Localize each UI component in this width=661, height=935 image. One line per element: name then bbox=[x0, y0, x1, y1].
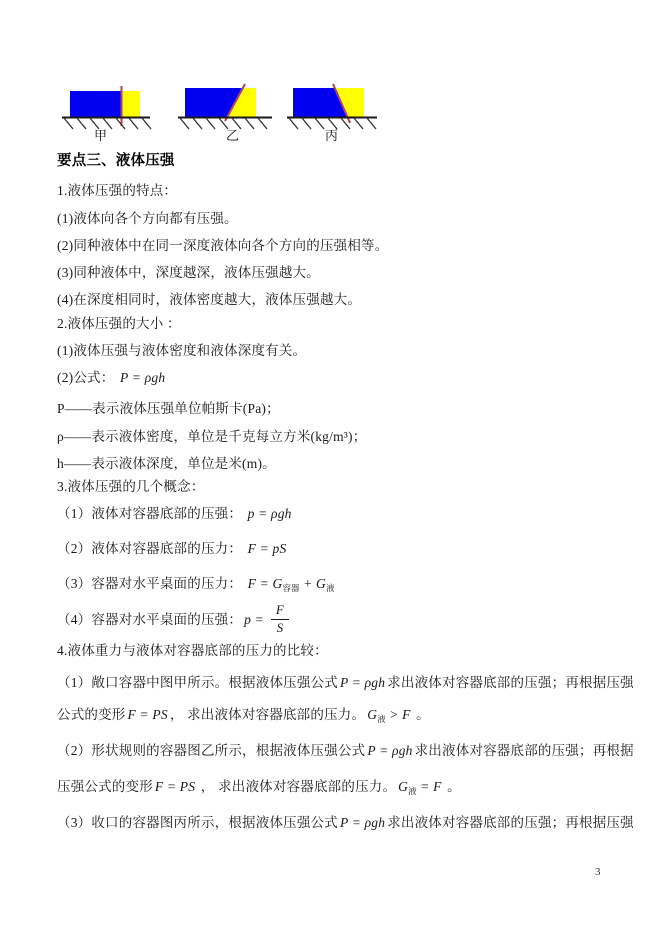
s1-item-4: (4)在深度相同时，液体密度越大，液体压强越大。 bbox=[57, 290, 361, 309]
s4-para-1-line-1: （1）敞口容器中图甲所示。根据液体压强公式P = ρgh求出液体对容器底部的压强… bbox=[57, 673, 634, 692]
s1-item-3: (3)同种液体中，深度越深，液体压强越大。 bbox=[57, 263, 320, 282]
jia-label: 甲 bbox=[94, 128, 107, 143]
s2-item-2-label: (2)公式： bbox=[57, 370, 114, 385]
yi-label: 乙 bbox=[226, 128, 239, 143]
formula-G-liquid-eq-F: G液 = F bbox=[396, 779, 443, 794]
s2-title: 2.液体压强的大小 ： bbox=[57, 314, 181, 333]
subscript-liquid: 液 bbox=[408, 786, 417, 796]
subscript-liquid: 液 bbox=[377, 714, 386, 724]
subscript-liquid: 液 bbox=[326, 583, 335, 593]
s3-item-1-label: （1）液体对容器底部的压强： bbox=[57, 506, 242, 521]
s4-para-3-line-1: （3）收口的容器图丙所示，根据液体压强公式P = ρgh求出液体对容器底部的压强… bbox=[57, 813, 634, 832]
s4-para-2-line-1: （2）形状规则的容器图乙所示，根据液体压强公式P = ρgh求出液体对容器底部的… bbox=[57, 741, 634, 760]
fraction-denominator: S bbox=[271, 620, 289, 636]
s2-item-1: (1)液体压强与液体密度和液体深度有关。 bbox=[57, 341, 306, 360]
s2-note-rho: ρ——表示液体密度，单位是千克每立方米(kg/m³)； bbox=[57, 427, 366, 446]
s3-item-2-label: （2）液体对容器底部的压力： bbox=[57, 541, 242, 556]
s4-title: 4.液体重力与液体对容器底部的压力的比较： bbox=[57, 641, 328, 660]
figure-jia: 甲 bbox=[62, 86, 151, 143]
bing-label: 丙 bbox=[325, 128, 338, 143]
s1-item-2: (2)同种液体中在同一深度液体向各个方向的压强相等。 bbox=[57, 236, 388, 255]
formula-F-PS: F = PS bbox=[153, 779, 197, 794]
fraction-F-over-S: F S bbox=[271, 603, 289, 636]
document-page: 甲 乙 bbox=[0, 0, 661, 935]
s1-item-1: (1)液体向各个方向都有压强。 bbox=[57, 209, 238, 228]
section-heading: 要点三、液体压强 bbox=[57, 152, 175, 171]
formula-F-PS: F = PS bbox=[126, 707, 170, 722]
s2-note-h: h——表示液体深度，单位是米(m)。 bbox=[57, 454, 276, 473]
s3-item-3: （3）容器对水平桌面的压力： F = G容器 + G液 bbox=[57, 574, 336, 598]
formula-F-pS: F = pS bbox=[246, 541, 289, 556]
jia-yellow-region bbox=[122, 91, 141, 117]
formula-p-equals: p = bbox=[242, 610, 266, 629]
jia-ground-hatching bbox=[64, 118, 151, 129]
s4-para-2-line-2: 压强公式的变形F = PS ， 求出液体对容器底部的压力。G液 = F 。 bbox=[57, 777, 461, 801]
subscript-container: 容器 bbox=[283, 583, 300, 593]
s2-item-2: (2)公式： P = ρgh bbox=[57, 368, 167, 387]
fraction-numerator: F bbox=[271, 603, 289, 620]
s3-item-3-label: （3）容器对水平桌面的压力： bbox=[57, 576, 242, 591]
s3-title: 3.液体压强的几个概念： bbox=[57, 477, 205, 496]
pressure-figures: 甲 乙 bbox=[0, 0, 661, 150]
formula-P-rho-gh: P = ρgh bbox=[118, 370, 167, 385]
s3-item-4: （4）容器对水平桌面的压强： p = F S bbox=[57, 600, 289, 638]
figure-bing: 丙 bbox=[287, 84, 377, 143]
jia-blue-region bbox=[70, 91, 122, 117]
formula-P-rho-gh: P = ρgh bbox=[338, 675, 387, 690]
page-number: 3 bbox=[595, 866, 601, 878]
figure-yi: 乙 bbox=[178, 84, 272, 143]
formula-P-rho-gh: P = ρgh bbox=[365, 743, 414, 758]
formula-P-rho-gh: P = ρgh bbox=[338, 815, 387, 830]
s1-title: 1.液体压强的特点： bbox=[57, 181, 177, 200]
formula-G-liquid-gt-F: G液 > F bbox=[365, 707, 412, 722]
yi-ground-hatching bbox=[180, 118, 267, 129]
formula-F-G-container-plus-G-liquid: F = G容器 + G液 bbox=[246, 576, 337, 591]
formula-p-rho-gh: p = ρgh bbox=[246, 506, 294, 521]
s2-note-P: P——表示液体压强单位帕斯卡(Pa)； bbox=[57, 399, 280, 418]
s4-para-1-line-2: 公式的变形F = PS， 求出液体对容器底部的压力。G液 > F 。 bbox=[57, 705, 430, 729]
s3-item-2: （2）液体对容器底部的压力： F = pS bbox=[57, 539, 288, 558]
s3-item-1: （1）液体对容器底部的压强： p = ρgh bbox=[57, 504, 294, 523]
s3-item-4-label: （4）容器对水平桌面的压强： bbox=[57, 610, 242, 629]
